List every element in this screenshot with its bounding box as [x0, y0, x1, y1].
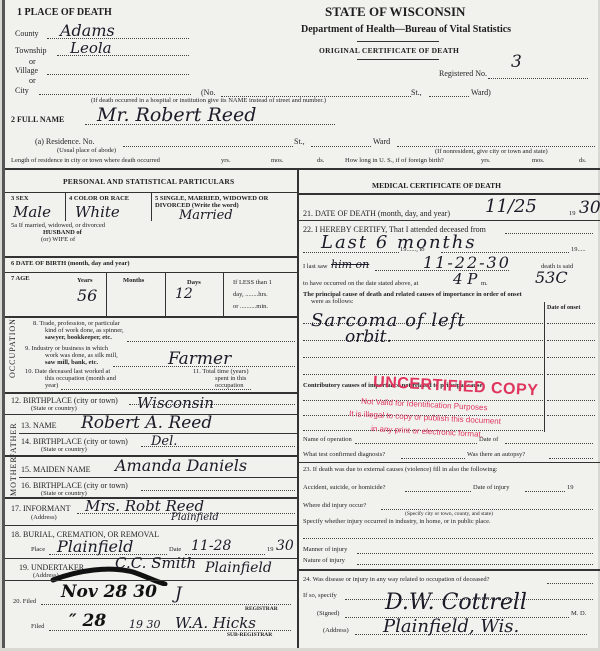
filed-date-value[interactable]: Nov 28 30 [61, 582, 157, 602]
attended-to-label: 19......, to [400, 246, 425, 253]
injury-location-note: (Specify city or town, county, and state… [405, 511, 493, 517]
physician-address-label: (Address) [323, 627, 349, 634]
dotted-line [547, 374, 595, 375]
mother-birthplace-sublabel: (State or country) [41, 490, 87, 497]
physician-signature[interactable]: D.W. Cottrell [385, 590, 527, 615]
dotted-line [429, 96, 469, 97]
occurred-at-label: to have occurred on the date stated abov… [303, 280, 418, 287]
last-worked-label: year) [45, 382, 58, 389]
divider [299, 569, 600, 571]
total-time-label: occupation [215, 382, 244, 389]
sex-value[interactable]: Male [13, 203, 51, 221]
father-birthplace-value[interactable]: Del. [151, 434, 177, 449]
divider [544, 378, 545, 432]
birthplace-label: 12. BIRTHPLACE (city or town) [11, 396, 118, 405]
divider [65, 192, 66, 221]
personal-section-title: PERSONAL AND STATISTICAL PARTICULARS [63, 177, 234, 186]
injury-location-label: Where did injury occur? [303, 502, 366, 509]
minutes-label: or ..........min. [233, 303, 268, 310]
dotted-line [401, 458, 465, 459]
divider [5, 316, 297, 318]
certificate-title: ORIGINAL CERTIFICATE OF DEATH [319, 46, 459, 55]
filed-label: 20. Filed [13, 598, 36, 605]
informant-address-value[interactable]: Plainfield [171, 512, 219, 523]
last-worked-label: this occupation (month and [45, 375, 116, 382]
date-of-birth-label: 6 DATE OF BIRTH (month, day and year) [11, 260, 130, 267]
or-label: or [29, 76, 36, 85]
dotted-line [127, 341, 295, 342]
time-of-death-value[interactable]: 4 P [453, 270, 477, 288]
burial-date-value[interactable]: 11-28 [191, 538, 231, 554]
dotted-line [505, 233, 593, 234]
dotted-line [41, 604, 291, 605]
industry-label: saw mill, bank, etc. [45, 359, 98, 366]
undertaker-address-value[interactable]: Plainfield [205, 560, 272, 576]
marital-status-value[interactable]: Married [179, 208, 233, 223]
date-of-onset-label: Date of onset [547, 305, 580, 311]
physician-address-value[interactable]: Plainfield, Wis. [383, 616, 519, 637]
industry-label: work was done, as silk mill, [45, 352, 118, 359]
column-divider [297, 168, 299, 648]
father-name-label: 13. NAME [21, 421, 57, 430]
md-label: M. D. [571, 610, 586, 617]
full-name-value[interactable]: Mr. Robert Reed [97, 104, 256, 126]
village-label: Village [15, 66, 38, 75]
date-of-death-value[interactable]: 11/25 [485, 196, 537, 217]
nature-of-injury-label: Nature of injury [303, 557, 345, 564]
dotted-line [39, 94, 191, 95]
death-certificate: 1 PLACE OF DEATH STATE OF WISCONSIN Depa… [2, 0, 598, 648]
years-label: Years [77, 277, 93, 284]
dotted-line [47, 74, 189, 75]
attended-year-end: 19..... [571, 246, 586, 253]
last-saw-pronoun[interactable]: him on [331, 258, 369, 271]
cause-of-death-label: were as follows: [311, 298, 354, 305]
external-causes-label: 23. If death was due to external causes … [303, 466, 498, 473]
dotted-line [303, 538, 593, 539]
department-title: Department of Health—Bureau of Vital Sta… [301, 24, 511, 35]
hours-label: day, ........hrs. [233, 291, 268, 298]
burial-year-prefix: 19 [267, 546, 274, 553]
residence-sublabel: (Usual place of abode) [57, 147, 116, 154]
burial-date-label: Date [169, 546, 181, 553]
date-of-death-year-prefix: 19 [569, 210, 576, 217]
dotted-line [547, 583, 593, 584]
dotted-line [311, 146, 371, 147]
county-value[interactable]: Adams [60, 21, 115, 40]
yrs-label: yrs. [481, 157, 491, 164]
residence-st-label: St., [294, 137, 305, 146]
divider [299, 220, 600, 221]
county-label: County [15, 29, 39, 38]
injury-date-label: Date of injury [473, 484, 509, 491]
occupation-value[interactable]: Farmer [168, 349, 231, 369]
place-of-death-heading: 1 PLACE OF DEATH [17, 7, 112, 18]
length-of-residence-label: Length of residence in city or town wher… [11, 157, 160, 164]
city-label: City [15, 86, 29, 95]
cause-of-death-value-2[interactable]: orbit. [345, 327, 392, 347]
wife-of-label: (or) WIFE of [41, 236, 75, 243]
mos-label: mos. [532, 157, 544, 164]
margin-note: 53C [535, 268, 568, 287]
dotted-line [488, 78, 588, 79]
residence-label: (a) Residence. No. [35, 137, 95, 146]
divider [5, 525, 297, 526]
meridiem-label: m. [481, 280, 488, 287]
township-value[interactable]: Leola [70, 39, 112, 57]
ds-label: ds. [317, 157, 324, 164]
birthplace-value[interactable]: Wisconsin [137, 394, 214, 412]
dotted-line [405, 491, 471, 492]
mother-maiden-name-value[interactable]: Amanda Daniels [115, 456, 247, 475]
dotted-line [303, 340, 543, 341]
last-worked-label: 10. Date deceased last worked at [25, 368, 110, 375]
hospital-note: (If death occurred in a hospital or inst… [91, 97, 326, 104]
operation-label: Name of operation [303, 436, 352, 443]
color-value[interactable]: White [75, 203, 120, 221]
dotted-line [549, 458, 593, 459]
less-than-day-label: If LESS than 1 [233, 279, 272, 286]
subregistrar-label: SUB-REGISTRAR [227, 632, 272, 638]
divider [5, 580, 297, 581]
yrs-label: yrs. [221, 157, 231, 164]
occupation-side-label: OCCUPATION [8, 318, 17, 378]
registered-no-label: Registered No. [439, 69, 487, 78]
dotted-line [141, 490, 295, 491]
months-label: Months [123, 277, 144, 284]
dotted-line [547, 323, 595, 324]
burial-place-label: Place [31, 546, 45, 553]
residence-ward-label: Ward [373, 137, 390, 146]
registrar-label: REGISTRAR [245, 606, 278, 612]
divider [357, 59, 439, 60]
divider [5, 272, 297, 273]
injury-year-prefix: 19 [567, 484, 574, 491]
state-title: STATE OF WISCONSIN [325, 4, 465, 20]
or-label: or [29, 57, 36, 66]
trade-label: sawyer, bookkeeper, etc. [45, 334, 112, 341]
dotted-line [303, 357, 543, 358]
total-time-label: 11. Total time (years) [193, 368, 249, 375]
age-label: 7 AGE [11, 275, 30, 282]
color-label: 4 COLOR OR RACE [69, 195, 129, 202]
mother-maiden-name-label: 15. MAIDEN NAME [21, 465, 91, 474]
dotted-line [547, 340, 595, 341]
how-long-in-us-label: How long in U. S., if of foreign birth? [345, 157, 444, 164]
days-label: Days [187, 279, 201, 286]
accident-label: Accident, suicide, or homicide? [303, 484, 386, 491]
filed-year-value-2[interactable]: 19 30 [129, 618, 161, 631]
dotted-line [547, 415, 595, 416]
date-of-death-label: 21. DATE OF DEATH (month, day, and year) [303, 209, 450, 218]
divider [106, 272, 107, 316]
total-time-label: spent in this [215, 375, 246, 382]
divider [223, 272, 224, 316]
registered-no-value[interactable]: 3 [511, 52, 522, 72]
divider [19, 477, 297, 478]
burial-year-value[interactable]: 30 [276, 538, 294, 554]
sex-label: 3 SEX [11, 195, 29, 202]
divider [165, 272, 166, 316]
trade-label: kind of work done, as spinner, [45, 327, 124, 334]
cause-of-death-label: The principal cause of death and related… [303, 291, 522, 298]
st-label: St., [411, 88, 422, 97]
subregistrar-signature[interactable]: W.A. Hicks [175, 614, 256, 632]
father-birthplace-label: 14. BIRTHPLACE (city or town) [21, 437, 128, 446]
father-name-value[interactable]: Robert A. Reed [81, 413, 212, 433]
mos-label: mos. [271, 157, 283, 164]
father-side-label: FATHER [9, 422, 18, 458]
divider [5, 168, 600, 170]
manner-of-injury-label: Manner of injury [303, 546, 347, 553]
signed-label: (Signed) [317, 610, 339, 617]
dotted-line [357, 553, 593, 554]
divider [151, 192, 152, 221]
injury-place-type-label: Specify whether injury occurred in indus… [303, 518, 491, 525]
filed-date-value-2[interactable]: ″ 28 [69, 611, 106, 631]
dotted-line [547, 400, 595, 401]
nonresident-note: (If nonresident, give city or town and s… [435, 148, 548, 155]
diagnosis-test-label: What test confirmed diagnosis? [303, 451, 385, 458]
dotted-line [397, 146, 595, 147]
divider [299, 462, 600, 463]
dotted-line [355, 443, 477, 444]
occupation-related-label: 24. Was disease or injury in any way rel… [303, 576, 490, 583]
autopsy-label: Was there an autopsy? [467, 451, 525, 458]
dotted-line [123, 146, 293, 147]
husband-of-label: HUSBAND of [43, 229, 82, 236]
trade-label: 8. Trade, profession, or particular [33, 320, 120, 327]
township-label: Township [15, 46, 46, 55]
divider [5, 256, 297, 258]
divider [299, 193, 600, 195]
medical-section-title: MEDICAL CERTIFICATE OF DEATH [372, 181, 501, 190]
mother-side-label: MOTHER [9, 456, 18, 496]
no-label: (No. [201, 88, 215, 97]
dotted-line [61, 389, 251, 390]
dotted-line [525, 491, 565, 492]
dotted-line [357, 564, 593, 565]
dotted-line [303, 374, 543, 375]
age-years-value[interactable]: 56 [77, 286, 97, 305]
spouse-label: 5a If married, widowed, or divorced [11, 222, 105, 229]
registrar-initial[interactable]: J [175, 584, 182, 604]
last-saw-label: I last saw [303, 263, 328, 270]
dotted-line [185, 554, 265, 555]
industry-label: 9. Industry or business in which [25, 345, 108, 352]
father-birthplace-sublabel: (State or country) [41, 446, 87, 453]
informant-address-label: (Address) [31, 514, 57, 521]
birthplace-sublabel: (State or country) [31, 405, 77, 412]
filed-label: Filed [31, 623, 44, 630]
mother-birthplace-label: 16. BIRTHPLACE (city or town) [21, 481, 128, 490]
date-of-death-year[interactable]: 30 [579, 198, 600, 218]
if-so-specify-label: If so, specify [303, 592, 337, 599]
age-days-value[interactable]: 12 [175, 286, 193, 302]
undertaker-name-value[interactable]: C.C. Smith [115, 554, 196, 572]
marital-status-label: 5 SINGLE, MARRIED, WIDOWED OR DIVORCED (… [155, 195, 295, 209]
divider [357, 41, 439, 42]
dotted-line [547, 357, 595, 358]
uncertified-stamp-title: UNCERTIFIED COPY [373, 374, 539, 401]
ds-label: ds. [579, 157, 586, 164]
dotted-line [381, 509, 593, 510]
informant-label: 17. INFORMANT [11, 504, 71, 513]
uncertified-stamp-line: in any print or electronic format. [371, 424, 483, 439]
full-name-label: 2 FULL NAME [11, 115, 64, 124]
dotted-line [505, 443, 593, 444]
attended-period-value[interactable]: Last 6 months [321, 232, 477, 253]
ward-label: Ward) [471, 88, 491, 97]
